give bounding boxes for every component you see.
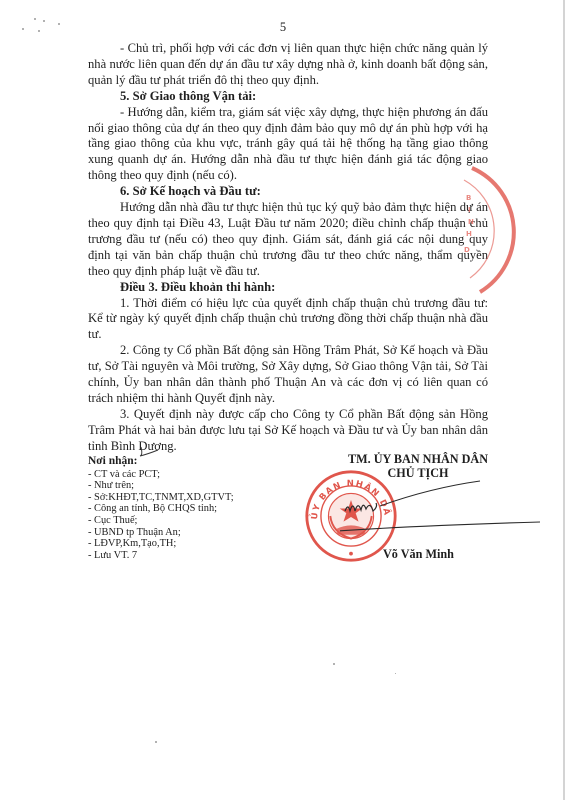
recipient-item: - Cục Thuế; bbox=[88, 515, 288, 527]
recipients-list: Nơi nhận: - CT và các PCT;- Như trên;- S… bbox=[88, 456, 288, 561]
svg-text:D: D bbox=[464, 246, 470, 254]
svg-text:H: H bbox=[466, 230, 472, 238]
page-number: 5 bbox=[0, 20, 566, 35]
svg-text:B: B bbox=[466, 194, 471, 202]
section-heading: 5. Sở Giao thông Vận tải: bbox=[88, 89, 488, 105]
signer-name: Võ Văn Minh bbox=[383, 547, 454, 562]
scan-speck bbox=[395, 673, 396, 674]
svg-text:I: I bbox=[468, 206, 471, 214]
scan-speck bbox=[333, 663, 335, 665]
paragraph: - Hướng dẫn, kiểm tra, giám sát việc xây… bbox=[88, 105, 488, 185]
recipient-item: - Sở:KHĐT,TC,TNMT,XD,GTVT; bbox=[88, 492, 288, 504]
recipient-item: - LĐVP,Km,Tạo,TH; bbox=[88, 538, 288, 550]
scan-speck bbox=[155, 741, 157, 743]
svg-text:N: N bbox=[468, 218, 474, 226]
recipient-item: - Lưu VT. 7 bbox=[88, 550, 288, 562]
signature-on-behalf: TM. ỦY BAN NHÂN DÂN bbox=[318, 452, 518, 466]
signature-block: TM. ỦY BAN NHÂN DÂN CHỦ TỊCH bbox=[318, 452, 518, 480]
page-seal-edge-icon: B I N H D bbox=[462, 160, 532, 300]
paragraph: Hướng dẫn nhà đầu tư thực hiện thủ tục k… bbox=[88, 200, 488, 280]
recipient-item: - Công an tỉnh, Bộ CHQS tỉnh; bbox=[88, 503, 288, 515]
section-heading: Điều 3. Điều khoản thi hành: bbox=[88, 280, 488, 296]
section-heading: 6. Sở Kế hoạch và Đầu tư: bbox=[88, 184, 488, 200]
paragraph: 1. Thời điểm có hiệu lực của quyết định … bbox=[88, 296, 488, 344]
paragraph: 2. Công ty Cổ phần Bất động sản Hồng Trâ… bbox=[88, 343, 488, 407]
handwritten-signature-icon bbox=[340, 478, 566, 578]
recipient-item: - Như trên; bbox=[88, 480, 288, 492]
recipient-item: - UBND tp Thuận An; bbox=[88, 527, 288, 539]
recipients-title: Nơi nhận: bbox=[88, 456, 288, 468]
scan-page-edge bbox=[563, 0, 565, 800]
document-body: - Chủ trì, phối hợp với các đơn vị liên … bbox=[88, 41, 488, 455]
recipient-item: - CT và các PCT; bbox=[88, 469, 288, 481]
paragraph: - Chủ trì, phối hợp với các đơn vị liên … bbox=[88, 41, 488, 89]
